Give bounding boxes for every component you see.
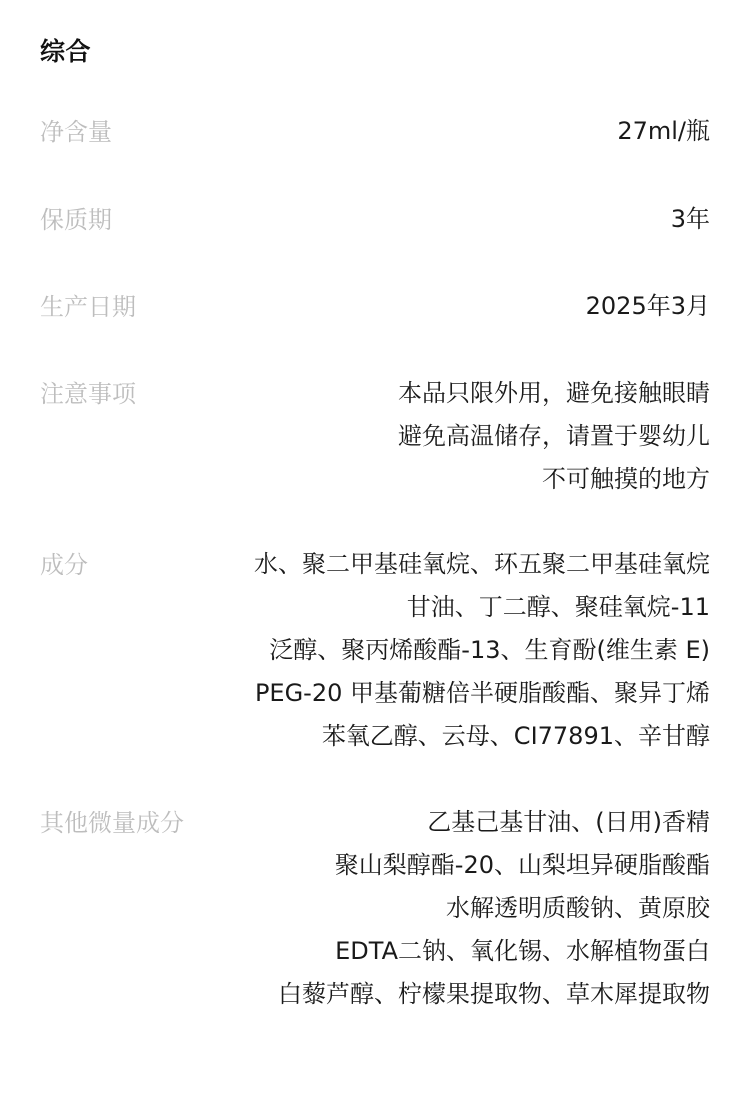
section-title: 综合 — [40, 34, 91, 70]
production-date-label: 生产日期 — [40, 285, 136, 329]
ingredients-label: 成分 — [40, 543, 88, 587]
value-line: 水解透明质酸钠、黄原胶 — [184, 887, 710, 930]
value-line: 2025年3月 — [136, 285, 710, 328]
value-line: 聚山梨醇酯-20、山梨坦异硬脂酸酯 — [184, 844, 710, 887]
value-line: 白藜芦醇、柠檬果提取物、草木犀提取物 — [184, 973, 710, 1016]
value-line: 水、聚二甲基硅氧烷、环五聚二甲基硅氧烷 — [88, 543, 710, 586]
value-line: EDTA二钠、氧化锡、水解植物蛋白 — [184, 930, 710, 973]
value-line: 避免高温储存，请置于婴幼儿 — [136, 415, 710, 458]
production-date-value: 2025年3月 — [136, 285, 710, 328]
precautions-label: 注意事项 — [40, 372, 136, 416]
trace-ingredients-label: 其他微量成分 — [40, 801, 184, 845]
row-trace-ingredients: 其他微量成分 乙基己基甘油、(日用)香精 聚山梨醇酯-20、山梨坦异硬脂酸酯 水… — [40, 801, 710, 1016]
value-line: 3年 — [112, 198, 710, 241]
net-content-label: 净含量 — [40, 110, 112, 154]
value-line: 27ml/瓶 — [112, 110, 710, 153]
row-production-date: 生产日期 2025年3月 — [40, 285, 710, 329]
ingredients-value: 水、聚二甲基硅氧烷、环五聚二甲基硅氧烷 甘油、丁二醇、聚硅氧烷-11 泛醇、聚丙… — [88, 543, 710, 758]
value-line: 乙基己基甘油、(日用)香精 — [184, 801, 710, 844]
shelf-life-label: 保质期 — [40, 198, 112, 242]
value-line: 苯氧乙醇、云母、CI77891、辛甘醇 — [88, 715, 710, 758]
value-line: 不可触摸的地方 — [136, 458, 710, 501]
trace-ingredients-value: 乙基己基甘油、(日用)香精 聚山梨醇酯-20、山梨坦异硬脂酸酯 水解透明质酸钠、… — [184, 801, 710, 1016]
precautions-value: 本品只限外用，避免接触眼睛 避免高温储存，请置于婴幼儿 不可触摸的地方 — [136, 372, 710, 501]
net-content-value: 27ml/瓶 — [112, 110, 710, 153]
row-shelf-life: 保质期 3年 — [40, 198, 710, 242]
row-precautions: 注意事项 本品只限外用，避免接触眼睛 避免高温储存，请置于婴幼儿 不可触摸的地方 — [40, 372, 710, 501]
row-ingredients: 成分 水、聚二甲基硅氧烷、环五聚二甲基硅氧烷 甘油、丁二醇、聚硅氧烷-11 泛醇… — [40, 543, 710, 758]
value-line: 泛醇、聚丙烯酸酯-13、生育酚(维生素 E) — [88, 629, 710, 672]
value-line: PEG-20 甲基葡糖倍半硬脂酸酯、聚异丁烯 — [88, 672, 710, 715]
row-net-content: 净含量 27ml/瓶 — [40, 110, 710, 154]
value-line: 本品只限外用，避免接触眼睛 — [136, 372, 710, 415]
value-line: 甘油、丁二醇、聚硅氧烷-11 — [88, 586, 710, 629]
shelf-life-value: 3年 — [112, 198, 710, 241]
